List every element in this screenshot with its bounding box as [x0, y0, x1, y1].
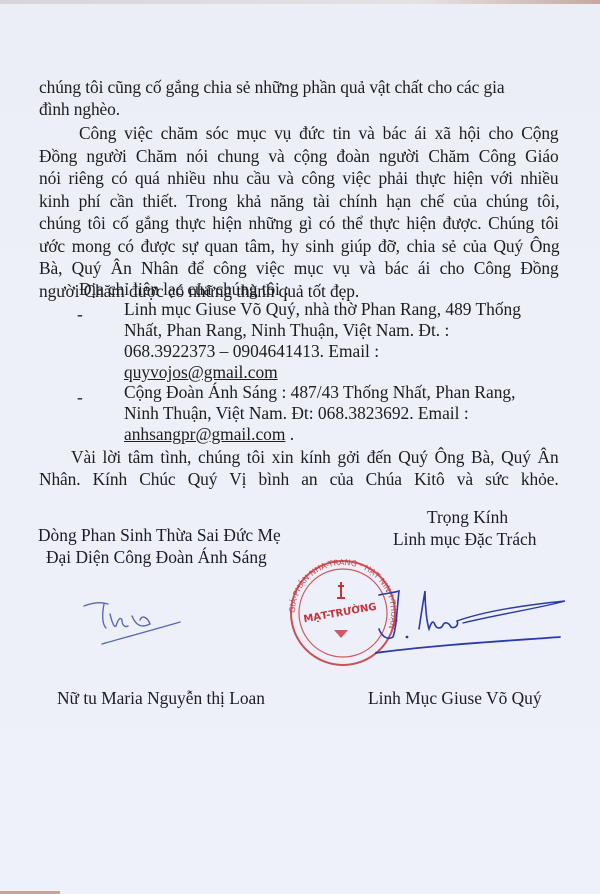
stamp-center-text: MẠT-TRƯỜNG	[302, 600, 377, 626]
closing-line-1: Vài lời tâm tình, chúng tôi xin kính gởi…	[71, 447, 559, 467]
page-top-edge	[0, 0, 600, 4]
para1-line-2: đình nghèo.	[39, 99, 120, 119]
contact-1-bullet: -	[77, 304, 83, 325]
right-sig-greeting: Trọng Kính	[427, 507, 508, 528]
contact-2-line-1: Cộng Đoàn Ánh Sáng : 487/43 Thống Nhất, …	[124, 382, 515, 403]
contact-heading: Địa chỉ liên lạc của chúng tôi :	[79, 279, 289, 299]
contact-2-email-link[interactable]: anhsangpr@gmail.com	[124, 424, 285, 444]
para2-line-1: Công việc chăm sóc mục vụ đức tin và bác…	[79, 123, 559, 143]
right-signer-name: Linh Mục Giuse Võ Quý	[368, 688, 542, 709]
para1-line-1: chúng tôi cũng cố gắng chia sẻ những phầ…	[39, 77, 559, 97]
para2-line-3: nói riêng có quá nhiều nhu cầu và công v…	[39, 168, 559, 188]
contact-2-email-row: anhsangpr@gmail.com .	[124, 424, 294, 445]
contact-2-bullet: -	[77, 387, 83, 408]
para2-line-7: Bà, Quý Ân Nhân để công việc mục vụ và b…	[39, 258, 559, 278]
para2-line-4: kinh phí cần thiết. Trong khả năng tài c…	[39, 191, 559, 211]
contact-1-email-link[interactable]: quyvojos@gmail.com	[124, 362, 278, 382]
contact-2-line-2: Ninh Thuận, Việt Nam. Đt: 068.3823692. E…	[124, 403, 469, 424]
para2-line-6: ước mong có được sự quan tâm, hy sinh gi…	[39, 236, 559, 256]
right-handwritten-signature	[375, 585, 575, 665]
contact-1-email-row: quyvojos@gmail.com	[124, 362, 278, 383]
left-sig-role: Đại Diện Công Đoàn Ánh Sáng	[46, 547, 267, 568]
closing-line-2: Nhân. Kính Chúc Quý Vị bình an của Chúa …	[39, 469, 559, 489]
right-sig-role: Linh mục Đặc Trách	[393, 529, 536, 550]
contact-2-email-suffix: .	[285, 424, 294, 444]
left-sig-org: Dòng Phan Sinh Thừa Sai Đức Mẹ	[38, 525, 281, 546]
para2-line-5: chúng tôi cố gắng thực hiện những gì có …	[39, 213, 559, 233]
left-handwritten-signature	[80, 590, 190, 645]
contact-1-line-3: 068.3922373 – 0904641413. Email :	[124, 341, 379, 362]
contact-1-line-1: Linh mục Giuse Võ Quý, nhà thờ Phan Rang…	[124, 299, 521, 320]
left-signer-name: Nữ tu Maria Nguyễn thị Loan	[57, 688, 265, 709]
contact-1-line-2: Nhất, Phan Rang, Ninh Thuận, Việt Nam. Đ…	[124, 320, 449, 341]
para2-line-2: Đồng người Chăm nói chung và cộng đoàn n…	[39, 146, 559, 166]
